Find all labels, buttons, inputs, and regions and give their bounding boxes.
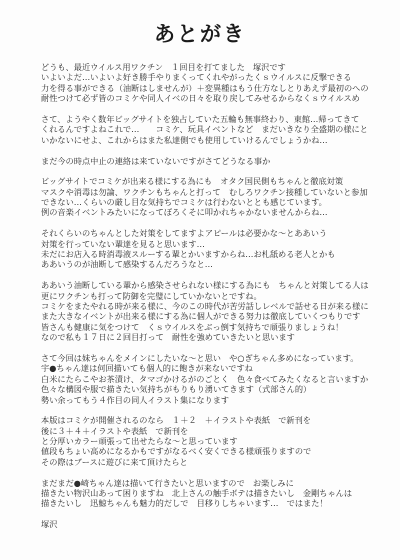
text-line: 描きたい物沢山あって困りますね 北上さんの触手ボテは描きたいし 金剛ちゃんは (41, 488, 371, 498)
paragraph-8: 本版はコミケが開催されるのなら １＋２ ＋イラストや表紙 で新刊を 後に３＋４＋… (41, 415, 371, 467)
text-line: また大きなイベントが出来る様にする為に個人ができる努力は徹底していくつもりです (41, 311, 371, 321)
text-line: 未だにお店入る時消毒液スルーする輩とかいますからね…お札舐める老人とかも (41, 249, 371, 259)
author-signature: 塚沢 (41, 519, 371, 529)
text-line: いかないにせよ、これからはまた私達側でも使用していけるんでしょうかね… (41, 135, 371, 145)
text-line: できない…くらいの厳し目な気持ちでコミケは行わないととも感じています。 (41, 197, 371, 207)
paragraph-4: ビッグサイトでコミケが出来る様にする為にも オタク国民側もちゃんと徹底対策 マス… (41, 176, 371, 218)
text-line: ビッグサイトでコミケが出来る様にする為にも オタク国民側もちゃんと徹底対策 (41, 176, 371, 186)
text-line: 勢い余ってもう４作目の同人イラスト集になります (41, 395, 371, 405)
text-line: 耐性つけて必ず皆のコミケや同人イベの日々を取り戻してみせるからなくｓウイルスめ (41, 93, 371, 103)
text-line: 描きたいし 迅鯨ちゃんも魅力的だしで 目移りしちゃいます… ではまた！ (41, 498, 371, 508)
text-line: くれるんですよねこれで… コミケ、玩具イベントなど まだいきなり全盛期の様にと (41, 124, 371, 134)
afterword-body: どうも、最近ウイルス用ワクチン １回目を打てました 塚沢です いよいよだ…いよい… (41, 62, 371, 540)
paragraph-3: まだ今の時点中止の連絡は来ていないですがさてどうなる事か (41, 156, 371, 166)
signature: 塚沢 (41, 519, 371, 529)
text-line: さて、ようやく数年ビッグサイトを独占していた五輪も無事終わり、東館…帰ってきて (41, 114, 371, 124)
text-line: ああいうのが油断して感染するんだろうなと… (41, 259, 371, 269)
text-line: さて今回は妹ちゃんをメインにしたいな～と思い や○ぎちゃん多めになっています。 (41, 353, 371, 363)
text-line: 本版はコミケが開催されるのなら １＋２ ＋イラストや表紙 で新刊を (41, 415, 371, 425)
text-line: 値段もちょい高めになるかもですがなるべく安くできる様頑張りますので (41, 446, 371, 456)
text-line: と分厚いカラー頑張って出せたらな～と思っています (41, 436, 371, 446)
text-line: どうも、最近ウイルス用ワクチン １回目を打てました 塚沢です (41, 62, 371, 72)
text-line: いよいよだ…いよいよ好き勝手やりまくってくれやがったくｓウイルスに反撃できる (41, 72, 371, 82)
document-page: あとがき どうも、最近ウイルス用ワクチン １回目を打てました 塚沢です いよいよ… (0, 0, 400, 560)
text-line: 例の音楽イベントみたいになってぼろくそに叩かれちゃかないませんからね… (41, 207, 371, 217)
text-line: 更にワクチンも打って防御を完璧にしていかないとですね。 (41, 291, 371, 301)
paragraph-2: さて、ようやく数年ビッグサイトを独占していた五輪も無事終わり、東館…帰ってきて … (41, 114, 371, 145)
text-line: まだ今の時点中止の連絡は来ていないですがさてどうなる事か (41, 156, 371, 166)
paragraph-5: それくらいのちゃんとした対策をしてますよアピールは必要かな～とああいう 対策を行… (41, 228, 371, 270)
text-line: コミケをまたやれる時が来る様に、今のこの時代が苦労話しレベルで話せる日が来る様に (41, 301, 371, 311)
text-line: 対策を行っていない輩達を見ると思います… (41, 239, 371, 249)
text-line: 色々な構図や服で描きたい気持ちがもりもり湧いてきます（式部さん的） (41, 384, 371, 394)
paragraph-1: どうも、最近ウイルス用ワクチン １回目を打てました 塚沢です いよいよだ…いよい… (41, 62, 371, 104)
text-line: それくらいのちゃんとした対策をしてますよアピールは必要かな～とああいう (41, 228, 371, 238)
text-line: マスクや消毒は勿論、ワクチンもちゃんと打って むしろワクチン接種していないと参加 (41, 187, 371, 197)
text-line: 宇●ちゃん達は何回描いても個人的に飽きが来ないですね (41, 363, 371, 373)
text-line: 皆さんも健康に気をつけて くｓウイルスをぶっ倒す気持ちで頑張りましょうね！ (41, 322, 371, 332)
text-line: ああいう油断している輩から感染させられない様にする為にも ちゃんと対策してる人は (41, 280, 371, 290)
text-line: 白米にたらこやお茶漬け、タマゴかけるがのごとく 色々食べてみたくなると言いますか (41, 374, 371, 384)
text-line: 後に３＋４＋イラストや表紙 で新刊を (41, 426, 371, 436)
paragraph-7: さて今回は妹ちゃんをメインにしたいな～と思い や○ぎちゃん多めになっています。 … (41, 353, 371, 405)
text-line: なので私も１７日に２回目打って 耐性を強めていきたいと思います (41, 332, 371, 342)
paragraph-9: まだまだ●崎ちゃん達は描いて行きたいと思いますので お楽しみに 描きたい物沢山あ… (41, 478, 371, 509)
page-title: あとがき (0, 18, 400, 48)
text-line: 力を得る事ができる（油断はしませんが）＋変異種はもう仕方なしとりあえず最初のへの (41, 83, 371, 93)
text-line: その際はブースに遊びに来て頂けたらと (41, 457, 371, 467)
text-line: まだまだ●崎ちゃん達は描いて行きたいと思いますので お楽しみに (41, 478, 371, 488)
paragraph-6: ああいう油断している輩から感染させられない様にする為にも ちゃんと対策してる人は… (41, 280, 371, 342)
